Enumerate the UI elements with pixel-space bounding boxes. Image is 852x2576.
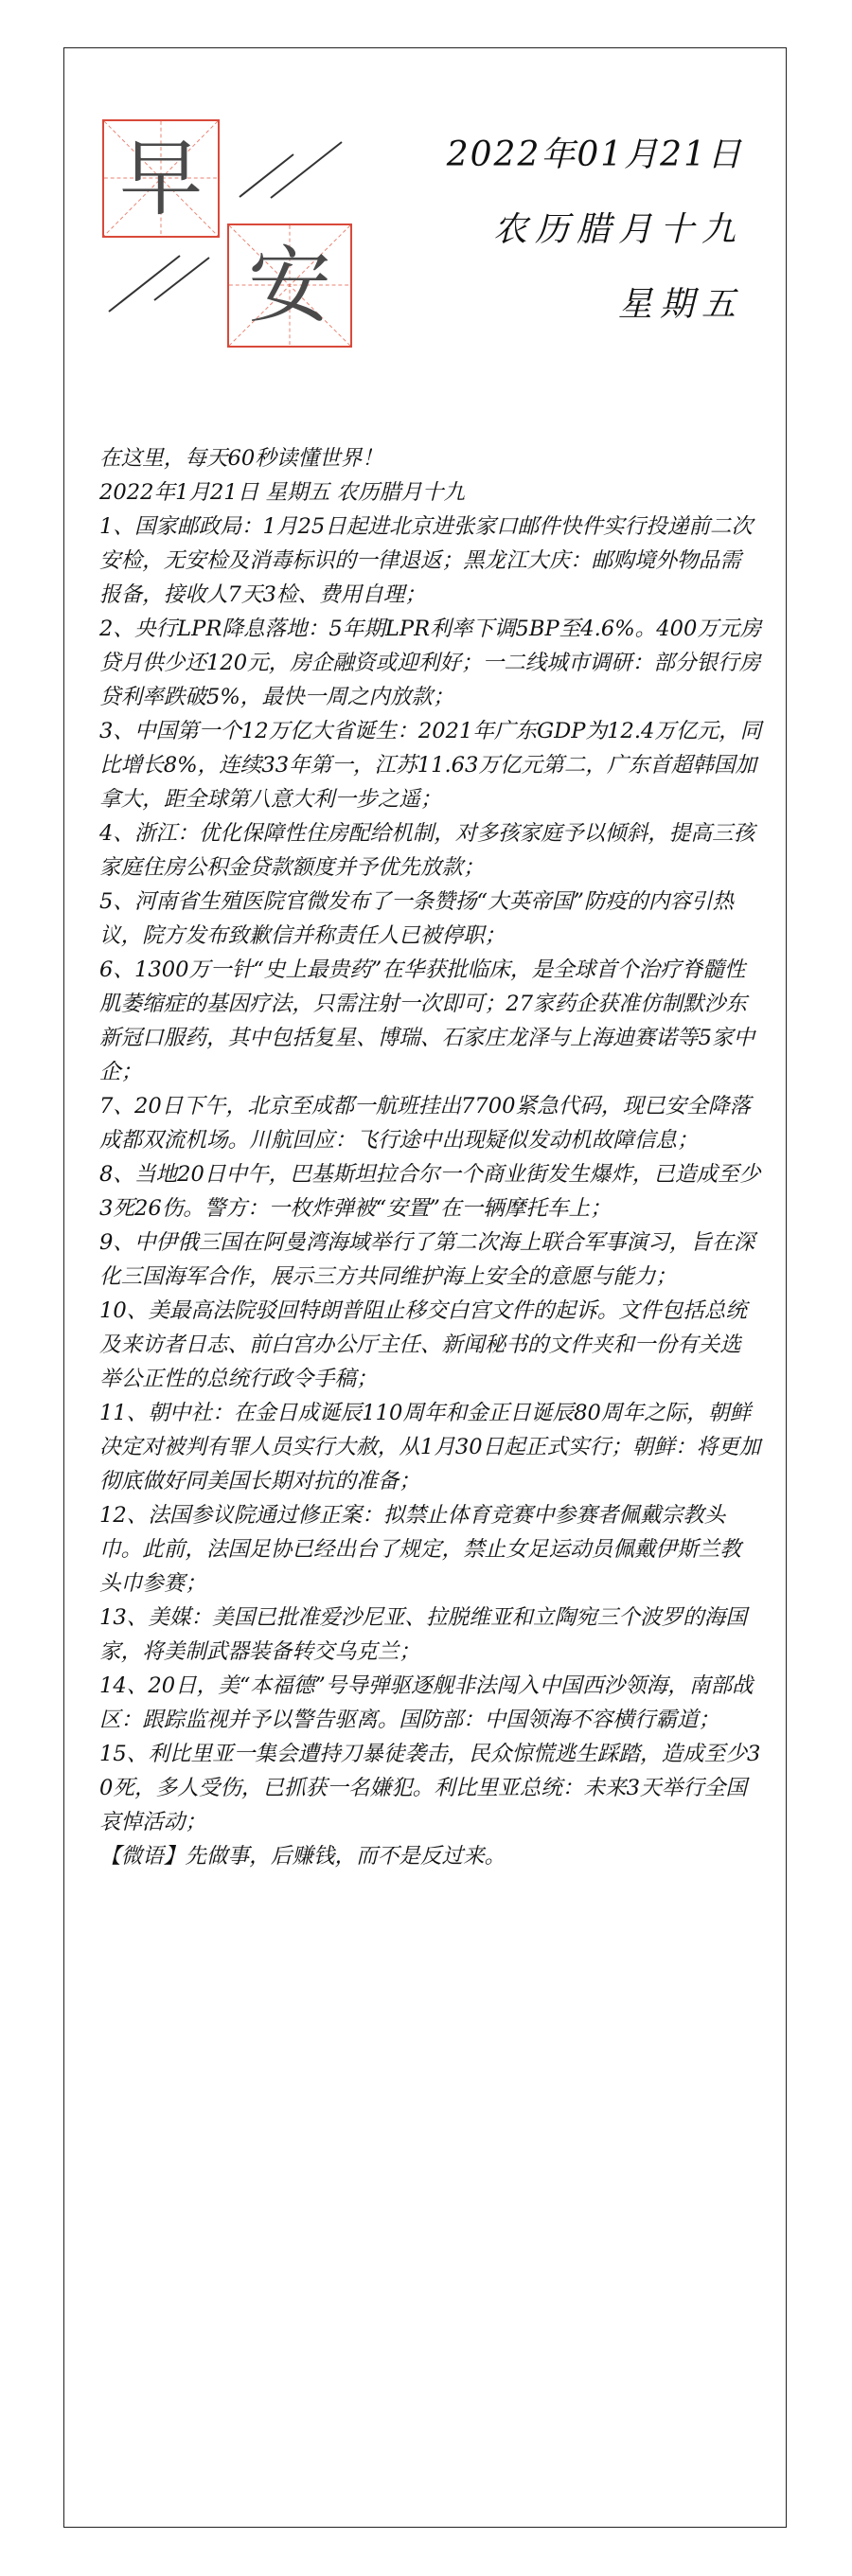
news-item: 7、20日下午，北京至成都一航班挂出7700紧急代码，现已安全降落成都双流机场。… <box>99 1089 762 1157</box>
dateline: 2022年1月21日 星期五 农历腊月十九 <box>99 475 762 510</box>
news-item: 2、央行LPR降息落地：5年期LPR利率下调5BP至4.6%。400万元房贷月供… <box>99 612 762 714</box>
news-item: 4、浙江：优化保障性住房配给机制，对多孩家庭予以倾斜，提高三孩家庭住房公积金贷款… <box>99 816 762 885</box>
news-item: 1、国家邮政局：1月25日起进北京进张家口邮件快件实行投递前二次安检，无安检及消… <box>99 510 762 612</box>
news-item: 8、当地20日中午，巴基斯坦拉合尔一个商业街发生爆炸，已造成至少3死26伤。警方… <box>99 1157 762 1225</box>
greeting-char-zao: 早 <box>104 121 218 236</box>
news-item: 10、美最高法院驳回特朗普阻止移交白宫文件的起诉。文件包括总统及来访者日志、前白… <box>99 1294 762 1396</box>
greeting-char-an: 安 <box>229 225 350 346</box>
news-item: 11、朝中社：在金日成诞辰110周年和金正日诞辰80周年之际，朝鲜决定对被判有罪… <box>99 1396 762 1498</box>
date-line: 2022年01月21日 <box>447 136 743 174</box>
lunar-date-line: 农历腊月十九 <box>493 211 743 249</box>
motto-line: 【微语】先做事，后赚钱，而不是反过来。 <box>99 1839 762 1873</box>
news-item: 3、中国第一个12万亿大省诞生：2021年广东GDP为12.4万亿元，同比增长8… <box>99 714 762 816</box>
news-item: 6、1300万一针“史上最贵药”在华获批临床，是全球首个治疗脊髓性肌萎缩症的基因… <box>99 953 762 1089</box>
news-item: 15、利比里亚一集会遭持刀暴徒袭击，民众惊慌逃生踩踏，造成至少30死，多人受伤，… <box>99 1737 762 1839</box>
news-item: 12、法国参议院通过修正案：拟禁止体育竞赛中参赛者佩戴宗教头巾。此前，法国足协已… <box>99 1498 762 1601</box>
news-item: 5、河南省生殖医院官微发布了一条赞扬“大英帝国”防疫的内容引热议，院方发布致歉信… <box>99 885 762 953</box>
news-item: 14、20日，美“本福德”号导弹驱逐舰非法闯入中国西沙领海，南部战区：跟踪监视并… <box>99 1669 762 1737</box>
news-item: 13、美媒：美国已批准爱沙尼亚、拉脱维亚和立陶宛三个波罗的海国家，将美制武器装备… <box>99 1601 762 1669</box>
news-body: 在这里，每天60秒读懂世界！ 2022年1月21日 星期五 农历腊月十九 1、国… <box>99 441 762 1873</box>
weekday-line: 星期五 <box>618 286 743 324</box>
news-item: 9、中伊俄三国在阿曼湾海域举行了第二次海上联合军事演习，旨在深化三国海军合作，展… <box>99 1225 762 1294</box>
greeting-box-an: 安 <box>227 224 352 348</box>
intro-line: 在这里，每天60秒读懂世界！ <box>99 441 762 475</box>
greeting-box-zao: 早 <box>102 119 220 238</box>
